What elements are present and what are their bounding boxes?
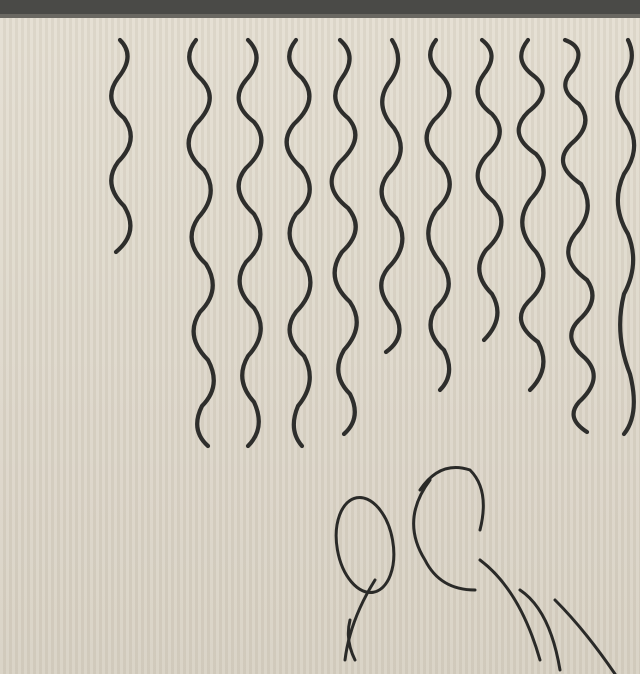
animal-illustration (329, 468, 615, 674)
text-columns (0, 0, 640, 674)
document-page: woodblock-printed page Japanese kuzushij… (0, 0, 640, 674)
